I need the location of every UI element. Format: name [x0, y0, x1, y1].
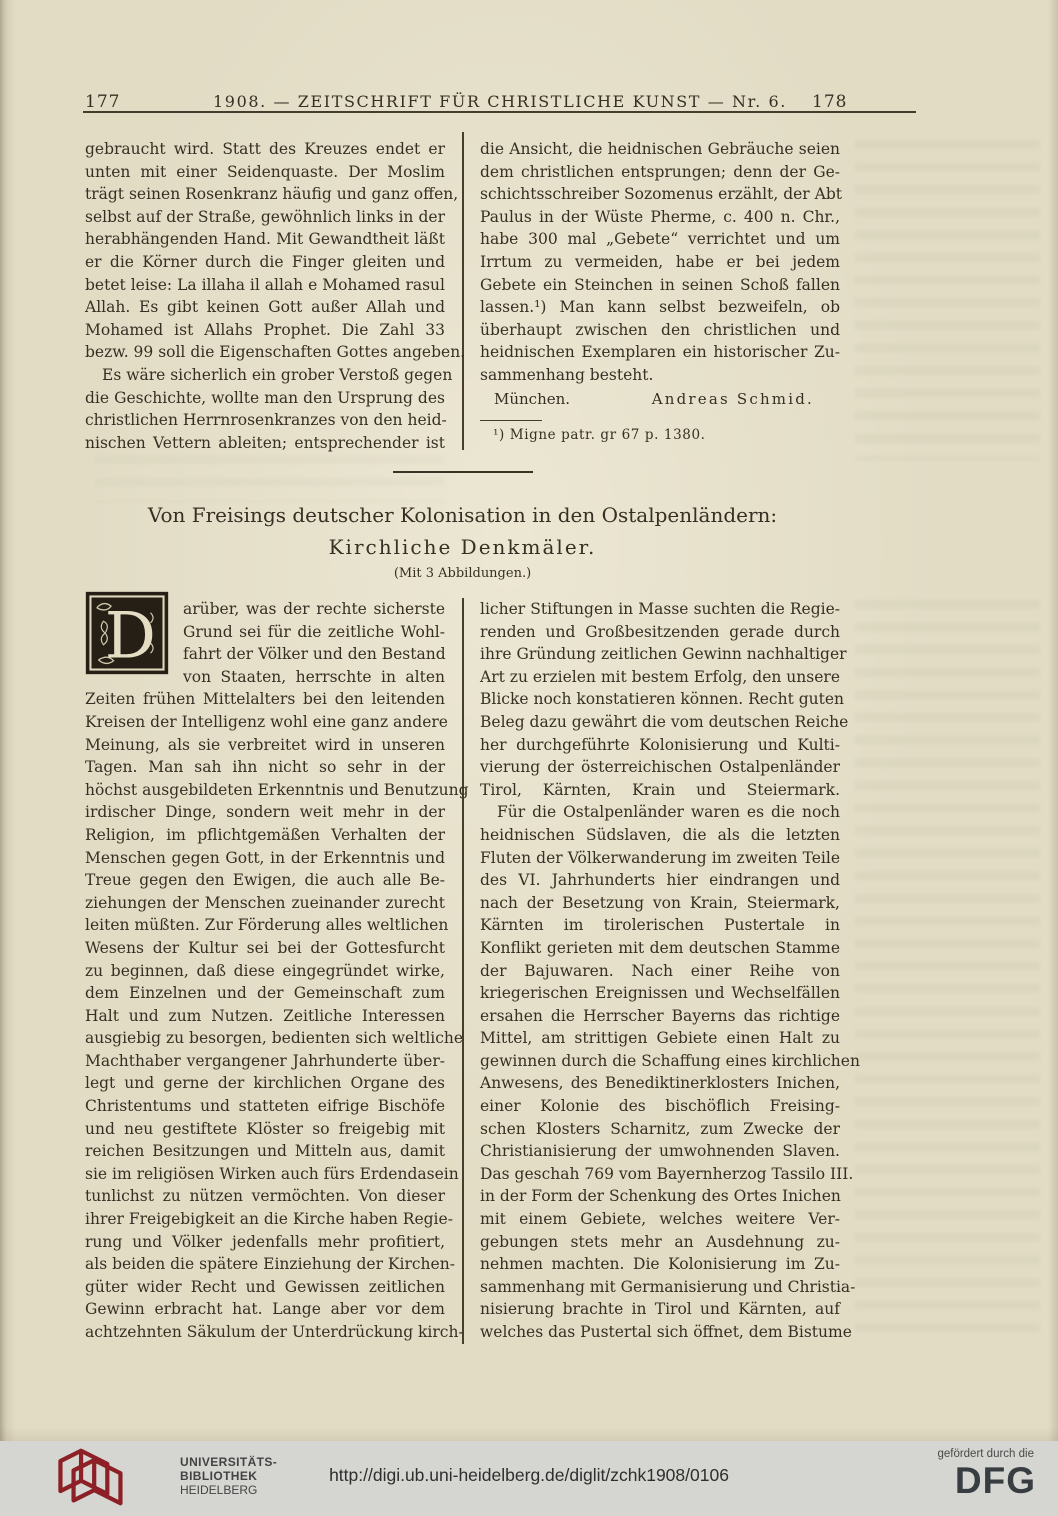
article-rosenkranz-end: gebraucht wird. Statt des Kreuzes endet …: [85, 138, 840, 454]
signature-name: Andreas Schmid.: [652, 388, 840, 411]
text-line: Halt und zum Nutzen. Zeitliche Interesse…: [85, 1005, 445, 1028]
text-line: er die Körner durch die Finger gleiten u…: [85, 251, 445, 274]
article-subtitle: (Mit 3 Abbildungen.): [85, 566, 840, 581]
signature-place: München.: [480, 388, 570, 411]
text-line: Gebete ein Steinchen in seinen Schoß fal…: [480, 274, 840, 297]
text-line: schichtsschreiber Sozomenus erzählt, der…: [480, 183, 840, 206]
text-line: dem christlichen entsprungen; denn der G…: [480, 161, 840, 184]
text-line: trägt seinen Rosenkranz häufig und ganz …: [85, 183, 445, 206]
text-line: renden und Großbesitzenden gerade durch: [480, 621, 840, 644]
text-line: ausgiebig zu besorgen, bedienten sich we…: [85, 1027, 445, 1050]
text-line: nehmen machten. Die Kolonisierung im Zu-: [480, 1253, 840, 1276]
text-line: Mohamed ist Allahs Prophet. Die Zahl 33: [85, 319, 445, 342]
ornamental-drop-cap: D: [85, 591, 169, 675]
article-freising-kolonisation: D arüber, was der rechte sichersteGrund …: [85, 598, 840, 1344]
text-line: Kärnten im tirolerischen Pustertale in: [480, 914, 840, 937]
text-line: christlichen Herrnrosenkranzes von den h…: [85, 409, 445, 432]
section-divider-rule: [393, 471, 533, 473]
text-line: ihrer Freigebigkeit an die Kirche haben …: [85, 1208, 445, 1231]
text-line: ersahen die Herrscher Bayerns das richti…: [480, 1005, 840, 1028]
journal-title: 1908. — ZEITSCHRIFT FÜR CHRISTLICHE KUNS…: [85, 92, 915, 111]
text-line: Wesens der Kultur sei bei der Gottesfurc…: [85, 937, 445, 960]
text-line: gebraucht wird. Statt des Kreuzes endet …: [85, 138, 445, 161]
text-line: lassen.¹) Man kann selbst bezweifeln, ob: [480, 296, 840, 319]
text-line: sie im religiösen Wirken auch fürs Erden…: [85, 1163, 445, 1186]
text-line: Allah. Es gibt keinen Gott außer Allah u…: [85, 296, 445, 319]
text-line: Zeiten frühen Mittelalters bei den leite…: [85, 688, 445, 711]
right-column: licher Stiftungen in Masse suchten die R…: [480, 598, 840, 1344]
text-line: nischen Vettern ableiten; entsprechender…: [85, 432, 445, 455]
text-line: schen Klosters Scharnitz, zum Zwecke der: [480, 1118, 840, 1141]
text-line: irdischer Dinge, sondern weit mehr in de…: [85, 801, 445, 824]
funding-note: gefördert durch die: [834, 1448, 1034, 1460]
text-line: leiten müßten. Zur Förderung alles weltl…: [85, 914, 445, 937]
text-line: in der Form der Schenkung des Ortes Inic…: [480, 1185, 840, 1208]
text-line: höchst ausgebildeten Erkenntnis und Benu…: [85, 779, 445, 802]
text-line: selbst auf der Straße, gewöhnlich links …: [85, 206, 445, 229]
text-line: güter wider Recht und Gewissen zeitliche…: [85, 1276, 445, 1299]
text-line: Religion, im pflichtgemäßen Verhalten de…: [85, 824, 445, 847]
author-signature: München. Andreas Schmid.: [480, 388, 840, 411]
text-line: Das geschah 769 vom Bayernherzog Tassilo…: [480, 1163, 840, 1186]
text-line: habe 300 mal „Gebete“ verrichtet und um: [480, 228, 840, 251]
text-line: einer Kolonie des bischöflich Freising-: [480, 1095, 840, 1118]
text-line: Christianisierung der umwohnenden Slaven…: [480, 1140, 840, 1163]
text-line: Es wäre sicherlich ein grober Verstoß ge…: [85, 364, 445, 387]
text-line: als beiden die spätere Einziehung der Ki…: [85, 1253, 445, 1276]
header-rule: [83, 111, 916, 113]
text-line: zu beginnen, daß diese eingegründet wirk…: [85, 960, 445, 983]
text-line: reichen Besitzungen und Mitteln aus, dam…: [85, 1140, 445, 1163]
left-column: D arüber, was der rechte sichersteGrund …: [85, 598, 445, 1344]
text-line: Christentums und statteten eifrige Bisch…: [85, 1095, 445, 1118]
text-line: die Geschichte, wollte man den Ursprung …: [85, 387, 445, 410]
text-line: Blicke noch konstatieren können. Recht g…: [480, 688, 840, 711]
text-line: bezw. 99 soll die Eigenschaften Gottes a…: [85, 341, 445, 364]
text-line: gebungen stets mehr an Ausdehnung zu-: [480, 1231, 840, 1254]
text-line: Treue gegen den Ewigen, die auch alle Be…: [85, 869, 445, 892]
text-line: unten mit einer Seidenquaste. Der Moslim: [85, 161, 445, 184]
dfg-logo: DFG: [836, 1461, 1036, 1501]
text-line: Art zu erzielen mit bestem Erfolg, den u…: [480, 666, 840, 689]
text-line: Menschen gegen Gott, in der Erkenntnis u…: [85, 847, 445, 870]
text-line: Mittel, am strittigen Gebiete einen Halt…: [480, 1027, 840, 1050]
text-line: sammenhang mit Germanisierung und Christ…: [480, 1276, 840, 1299]
text-line: die Ansicht, die heidnischen Gebräuche s…: [480, 138, 840, 161]
text-line: Fluten der Völkerwanderung im zweiten Te…: [480, 847, 840, 870]
text-line: ziehungen der Menschen zueinander zurech…: [85, 892, 445, 915]
text-line: her durchgeführte Kolonisierung und Kult…: [480, 734, 840, 757]
text-line: tunlichst zu nützen vermöchten. Von dies…: [85, 1185, 445, 1208]
text-line: Paulus in der Wüste Pherme, c. 400 n. Ch…: [480, 206, 840, 229]
text-line: Kreisen der Intelligenz wohl eine ganz a…: [85, 711, 445, 734]
text-line: gewinnen durch die Schaffung eines kirch…: [480, 1050, 840, 1073]
text-line: welches das Pustertal sich öffnet, dem B…: [480, 1321, 840, 1344]
text-line: der Bajuwaren. Nach einer Reihe von: [480, 960, 840, 983]
text-line: Konflikt gerieten mit dem deutschen Stam…: [480, 937, 840, 960]
text-line: vierung der österreichischen Ostalpenlän…: [480, 756, 840, 779]
text-line: achtzehnten Säkulum der Unterdrückung ki…: [85, 1321, 445, 1344]
text-line: betet leise: La illaha il allah e Mohame…: [85, 274, 445, 297]
footnote: ¹) Migne patr. gr 67 p. 1380.: [480, 427, 840, 443]
text-line: herabhängenden Hand. Mit Gewandtheit läß…: [85, 228, 445, 251]
digitization-footer: UNIVERSITÄTS- BIBLIOTHEK HEIDELBERG http…: [0, 1441, 1058, 1516]
text-line: Anwesens, des Benediktinerklosters Inich…: [480, 1072, 840, 1095]
svg-text:D: D: [105, 599, 156, 673]
text-line: ihre Gründung zeitlichen Gewinn nachhalt…: [480, 643, 840, 666]
left-column: gebraucht wird. Statt des Kreuzes endet …: [85, 138, 445, 454]
text-line: Für die Ostalpenländer waren es die noch: [480, 801, 840, 824]
text-line: des VI. Jahrhunderts hier eindrangen und: [480, 869, 840, 892]
footnote-rule: [480, 420, 542, 421]
text-line: überhaupt zwischen den christlichen und: [480, 319, 840, 342]
right-column: die Ansicht, die heidnischen Gebräuche s…: [480, 138, 840, 443]
text-line: nisierung brachte in Tirol und Kärnten, …: [480, 1298, 840, 1321]
text-line: Machthaber vergangener Jahrhunderte über…: [85, 1050, 445, 1073]
text-line: sammenhang besteht.: [480, 364, 840, 387]
text-line: rung und Völker jedenfalls mehr profitie…: [85, 1231, 445, 1254]
text-line: nach der Besetzung von Krain, Steiermark…: [480, 892, 840, 915]
text-line: und neu gestiftete Klöster so freigebig …: [85, 1118, 445, 1141]
text-line: Irrtum zu vermeiden, habe er bei jedem: [480, 251, 840, 274]
text-line: Gewinn erbracht hat. Lange aber vor dem: [85, 1298, 445, 1321]
text-line: kriegerischen Ereignissen und Wechselfäl…: [480, 982, 840, 1005]
right-column-text: die Ansicht, die heidnischen Gebräuche s…: [480, 138, 840, 387]
page-number-right: 178: [812, 92, 847, 112]
text-line: mit einem Gebiete, welches weitere Ver-: [480, 1208, 840, 1231]
article-title-line1: Von Freisings deutscher Kolonisation in …: [85, 503, 840, 527]
text-line: Meinung, als sie verbreitet wird in unse…: [85, 734, 445, 757]
text-line: dem Einzelnen und der Gemeinschaft zum: [85, 982, 445, 1005]
text-line: heidnischen Exemplaren ein historischer …: [480, 341, 840, 364]
article-title-line2: Kirchliche Denkmäler.: [85, 535, 840, 559]
text-line: legt und gerne der kirchlichen Organe de…: [85, 1072, 445, 1095]
text-line: Beleg dazu gewährt die vom deutschen Rei…: [480, 711, 840, 734]
text-line: heidnischen Südslaven, die als die letzt…: [480, 824, 840, 847]
left-column-text: arüber, was der rechte sichersteGrund se…: [85, 598, 445, 1344]
text-line: licher Stiftungen in Masse suchten die R…: [480, 598, 840, 621]
text-line: Tagen. Man sah ihn nicht so sehr in der: [85, 756, 445, 779]
text-line: Tirol, Kärnten, Krain und Steiermark.: [480, 779, 840, 802]
